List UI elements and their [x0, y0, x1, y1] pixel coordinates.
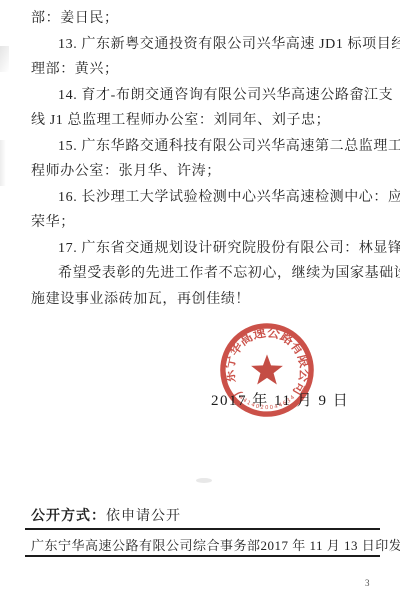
body-line: 荣华；: [31, 214, 75, 232]
body-line: 16. 长沙理工大学试验检测中心兴华高速检测中心：应: [58, 189, 400, 207]
print-date: 2017 年 11 月 13 日印发: [261, 535, 400, 554]
body-line: 13. 广东新粤交通投资有限公司兴华高速 JD1 标项目经: [58, 36, 400, 54]
disclosure-value: 依申请公开: [106, 509, 181, 524]
scan-artifact: [0, 140, 6, 186]
page-number: 3: [365, 578, 370, 588]
footer-divider-top: [25, 528, 380, 530]
body-line: 15. 广东华路交通科技有限公司兴华高速第二总监理工: [58, 138, 400, 156]
scan-artifact: [0, 46, 9, 72]
body-line: 17. 广东省交通规划设计研究院股份有限公司：林显锋。: [58, 240, 400, 258]
body-line: 施建设事业添砖加瓦，再创佳绩！: [31, 291, 250, 309]
body-line: 线 J1 总监理工程师办公室：刘同年、刘子忠；: [31, 112, 330, 130]
body-line: 部：姜日民；: [31, 10, 119, 28]
body-line: 理部：黄兴；: [31, 61, 119, 79]
body-line: 14. 育才-布朗交通咨询有限公司兴华高速公路畲江支: [58, 87, 393, 105]
issue-date: 2017 年 11 月 9 日: [211, 389, 349, 410]
disclosure-label: 公开方式：: [31, 507, 106, 523]
issuer-row: 广东宁华高速公路有限公司综合事务部 2017 年 11 月 13 日印发: [25, 535, 380, 554]
issuing-department: 广东宁华高速公路有限公司综合事务部: [31, 535, 261, 554]
body-line: 希望受表彰的先进工作者不忘初心，继续为国家基础设: [58, 265, 400, 283]
footer-divider-bottom: [25, 555, 380, 557]
body-line: 程师办公室：张月华、许涛；: [31, 163, 221, 181]
document-page: 部：姜日民； 13. 广东新粤交通投资有限公司兴华高速 JD1 标项目经 理部：…: [0, 0, 400, 604]
star-icon: [251, 354, 283, 384]
scan-artifact: [196, 478, 212, 483]
disclosure-method: 公开方式：依申请公开: [31, 505, 181, 525]
